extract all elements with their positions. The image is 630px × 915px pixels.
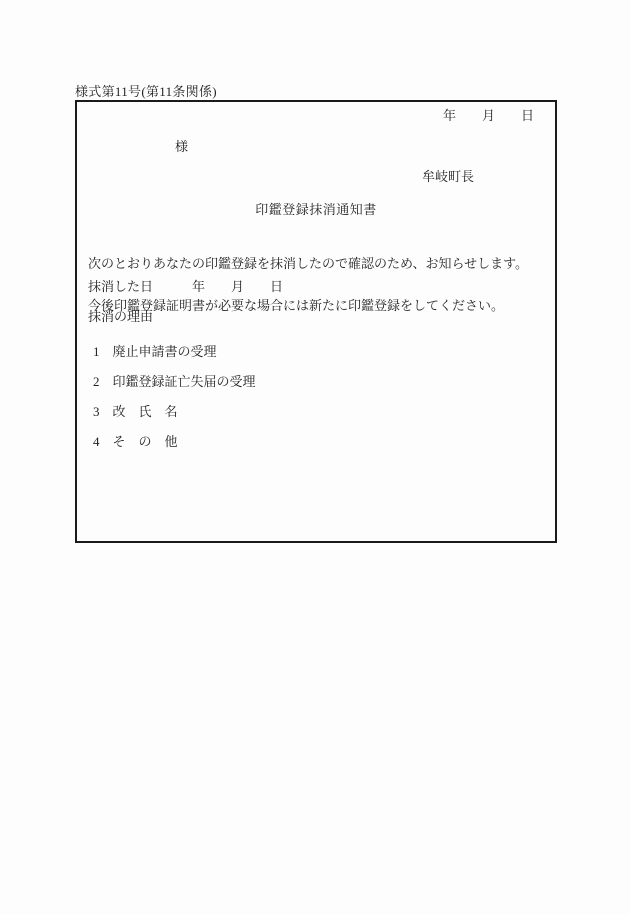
reason-item-2: 2 印鑑登録証亡失届の受理 bbox=[93, 375, 256, 389]
body-line-1: 次のとおりあなたの印鑑登録を抹消したので確認のため、お知らせします。 bbox=[88, 257, 528, 271]
reason-item-3: 3 改 氏 名 bbox=[93, 405, 178, 419]
issue-date-line: 年 月 日 bbox=[443, 109, 534, 123]
reason-heading: 抹消の理由 bbox=[88, 310, 153, 324]
body-line-2: 今後印鑑登録証明書が必要な場合には新たに印鑑登録をしてください。 bbox=[88, 299, 528, 313]
sender-title: 牟岐町長 bbox=[422, 170, 474, 184]
notice-box: 年 月 日 様 牟岐町長 印鑑登録抹消通知書 次のとおりあなたの印鑑登録を抹消し… bbox=[75, 100, 557, 543]
document-title: 印鑑登録抹消通知書 bbox=[77, 203, 555, 217]
form-number-label: 様式第11号(第11条関係) bbox=[75, 81, 217, 100]
reason-item-4: 4 そ の 他 bbox=[93, 435, 178, 449]
document-page: 様式第11号(第11条関係) 年 月 日 様 牟岐町長 印鑑登録抹消通知書 次の… bbox=[0, 0, 630, 915]
erased-date-line: 抹消した日 年 月 日 bbox=[88, 280, 283, 294]
addressee-honorific: 様 bbox=[175, 140, 188, 154]
reason-item-1: 1 廃止申請書の受理 bbox=[93, 345, 217, 359]
